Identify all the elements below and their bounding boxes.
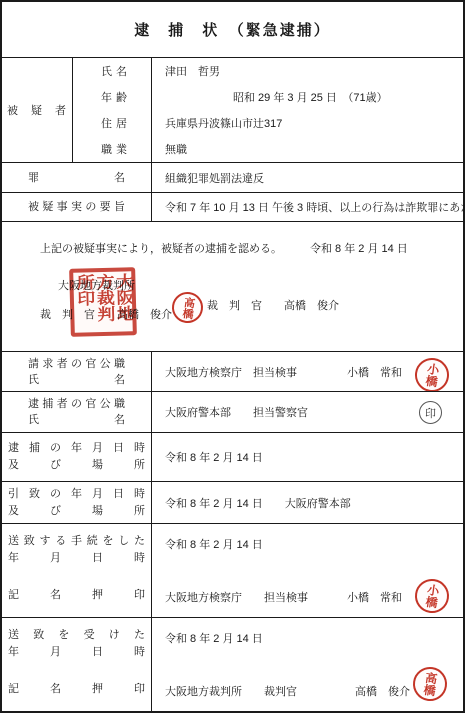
received-label-cell: 送 致 を 受 け た 年 月 日 時 記 名 押 印 xyxy=(2,618,152,711)
sent-office: 大阪地方検察庁 担当検事 xyxy=(165,589,308,605)
bring-datetime-row: 引 致 の 年 月 日 時 及 び 場 所 令和 8 年 2 月 14 日 大阪… xyxy=(2,482,463,524)
arrester-office: 大阪府警本部 担当警察官 xyxy=(165,404,308,420)
received-row: 送 致 を 受 け た 年 月 日 時 記 名 押 印 令和 8 年 2 月 1… xyxy=(2,618,463,711)
sent-procedure-row: 送 致 す る 手 続 を し た 年 月 日 時 記 名 押 印 令和 8 年… xyxy=(2,524,463,618)
suspect-section-label: 被 疑 者 xyxy=(2,58,73,162)
requester-seal-icon: 小橋 xyxy=(413,356,451,391)
suspect-occupation-value: 無職 xyxy=(152,136,463,162)
decision-date: 令和 8 年 2 月 14 日 xyxy=(310,240,408,256)
received-date: 令和 8 年 2 月 14 日 xyxy=(152,630,463,646)
title-row: 逮 捕 状 （緊急逮捕） xyxy=(2,2,463,58)
requester-office: 大阪地方検察庁 担当検事 xyxy=(165,364,297,380)
court-square-seal-icon: 大阪地方裁判所印 xyxy=(69,267,137,337)
bring-label-cell: 引 致 の 年 月 日 時 及 び 場 所 xyxy=(2,482,152,523)
arrest-label-line2: 及 び 場 所 xyxy=(2,457,151,474)
arrester-label: 逮 捕 者 の 官 公 職 氏 名 xyxy=(2,396,151,428)
arrest-warrant-document: 逮 捕 状 （緊急逮捕） 被 疑 者 氏名 年齢 住居 職業 津田 哲男 昭和 … xyxy=(0,0,465,713)
requester-value-cell: 大阪地方検察庁 担当検事 小橋 常和 小橋 xyxy=(152,352,463,391)
decision-statement: 上記の被疑事実により，被疑者の逮捕を認める。 xyxy=(40,240,282,256)
sent-seal-icon: 小橋 xyxy=(413,577,451,615)
judge-line: 裁 判 官 高橋 俊介 xyxy=(207,297,339,313)
suspect-name-value: 津田 哲男 xyxy=(152,58,463,84)
received-value-cell: 令和 8 年 2 月 14 日 大阪地方裁判所 裁判官 高橋 俊介 高橋 xyxy=(152,618,463,711)
received-seal-icon: 高橋 xyxy=(411,665,449,703)
sent-label-line1: 送 致 す る 手 続 を し た xyxy=(2,533,151,550)
arrest-value: 令和 8 年 2 月 14 日 xyxy=(152,433,463,481)
suspect-name-label: 氏名 xyxy=(73,58,151,84)
sent-value-cell: 令和 8 年 2 月 14 日 大阪地方検察庁 担当検事 小橋 常和 小橋 xyxy=(152,524,463,617)
suspect-age-value: 昭和 29 年 3 月 25 日 （71歳） xyxy=(233,89,388,105)
summary-row: 被 疑 事 実 の 要 旨 令和 7 年 10 月 13 日 午後 3 時頃、以… xyxy=(2,193,463,222)
sent-label-line2: 年 月 日 時 xyxy=(2,550,151,567)
suspect-age-label: 年齢 xyxy=(73,84,151,110)
received-sign-line: 大阪地方裁判所 裁判官 高橋 俊介 高橋 xyxy=(152,683,463,699)
summary-label: 被 疑 事 実 の 要 旨 xyxy=(2,199,151,215)
requester-label: 請 求 者 の 官 公 職 氏 名 xyxy=(2,356,151,388)
arrest-label-line1: 逮 捕 の 年 月 日 時 xyxy=(2,440,151,457)
sent-sign-label: 記 名 押 印 xyxy=(2,587,151,604)
arrest-datetime-row: 逮 捕 の 年 月 日 時 及 び 場 所 令和 8 年 2 月 14 日 xyxy=(2,433,463,482)
inkan-placeholder-icon: 印 xyxy=(419,401,442,424)
suspect-field-labels: 氏名 年齢 住居 職業 xyxy=(73,58,152,162)
sent-date: 令和 8 年 2 月 14 日 xyxy=(152,536,463,552)
arrester-label-cell: 逮 捕 者 の 官 公 職 氏 名 xyxy=(2,392,152,432)
arrester-row: 逮 捕 者 の 官 公 職 氏 名 大阪府警本部 担当警察官 印 xyxy=(2,392,463,433)
suspect-field-values: 津田 哲男 昭和 29 年 3 月 25 日 （71歳） 兵庫県丹波篠山市辻31… xyxy=(152,58,463,162)
received-label-line1: 送 致 を 受 け た xyxy=(2,627,151,644)
received-label-block: 送 致 を 受 け た 年 月 日 時 xyxy=(2,627,151,661)
requester-label-cell: 請 求 者 の 官 公 職 氏 名 xyxy=(2,352,152,391)
bring-label-line2: 及 び 場 所 xyxy=(2,503,151,520)
sent-name: 小橋 常和 xyxy=(347,589,402,605)
suspect-section: 被 疑 者 氏名 年齢 住居 職業 津田 哲男 昭和 29 年 3 月 25 日… xyxy=(2,58,463,163)
received-sign-label: 記 名 押 印 xyxy=(2,681,151,698)
requester-name: 小橋 常和 xyxy=(347,364,402,380)
summary-value: 令和 7 年 10 月 13 日 午後 3 時頃、以上の行為は詐欺罪にあた xyxy=(152,193,463,221)
suspect-residence-label: 住居 xyxy=(73,110,151,136)
suspect-occupation-label: 職業 xyxy=(73,136,151,162)
suspect-residence-value: 兵庫県丹波篠山市辻317 xyxy=(152,110,463,136)
bring-label-line1: 引 致 の 年 月 日 時 xyxy=(2,486,151,503)
sent-sign-line: 大阪地方検察庁 担当検事 小橋 常和 小橋 xyxy=(152,589,463,605)
bring-value: 令和 8 年 2 月 14 日 大阪府警本部 xyxy=(152,482,463,523)
received-name: 高橋 俊介 xyxy=(355,683,410,699)
document-title: 逮 捕 状 （緊急逮捕） xyxy=(134,19,331,40)
crime-row: 罪 名 組織犯罪処罰法違反 xyxy=(2,163,463,193)
received-label-line2: 年 月 日 時 xyxy=(2,644,151,661)
decision-section: 上記の被疑事実により，被疑者の逮捕を認める。 令和 8 年 2 月 14 日 大… xyxy=(2,222,463,352)
requester-row: 請 求 者 の 官 公 職 氏 名 大阪地方検察庁 担当検事 小橋 常和 小橋 xyxy=(2,352,463,392)
crime-value: 組織犯罪処罰法違反 xyxy=(152,163,463,192)
sent-label-cell: 送 致 す る 手 続 を し た 年 月 日 時 記 名 押 印 xyxy=(2,524,152,617)
arrest-label-cell: 逮 捕 の 年 月 日 時 及 び 場 所 xyxy=(2,433,152,481)
received-office: 大阪地方裁判所 裁判官 xyxy=(165,683,297,699)
crime-label: 罪 名 xyxy=(2,170,151,186)
judge-round-seal-icon: 高橋 xyxy=(170,290,205,325)
court-square-seal-text: 大阪地方裁判所印 xyxy=(73,273,133,332)
suspect-age-line: 昭和 29 年 3 月 25 日 （71歳） xyxy=(152,84,463,110)
summary-label-cell: 被 疑 事 実 の 要 旨 xyxy=(2,193,152,221)
arrester-value-cell: 大阪府警本部 担当警察官 印 xyxy=(152,392,463,432)
crime-label-cell: 罪 名 xyxy=(2,163,152,192)
sent-label-block: 送 致 す る 手 続 を し た 年 月 日 時 xyxy=(2,533,151,567)
